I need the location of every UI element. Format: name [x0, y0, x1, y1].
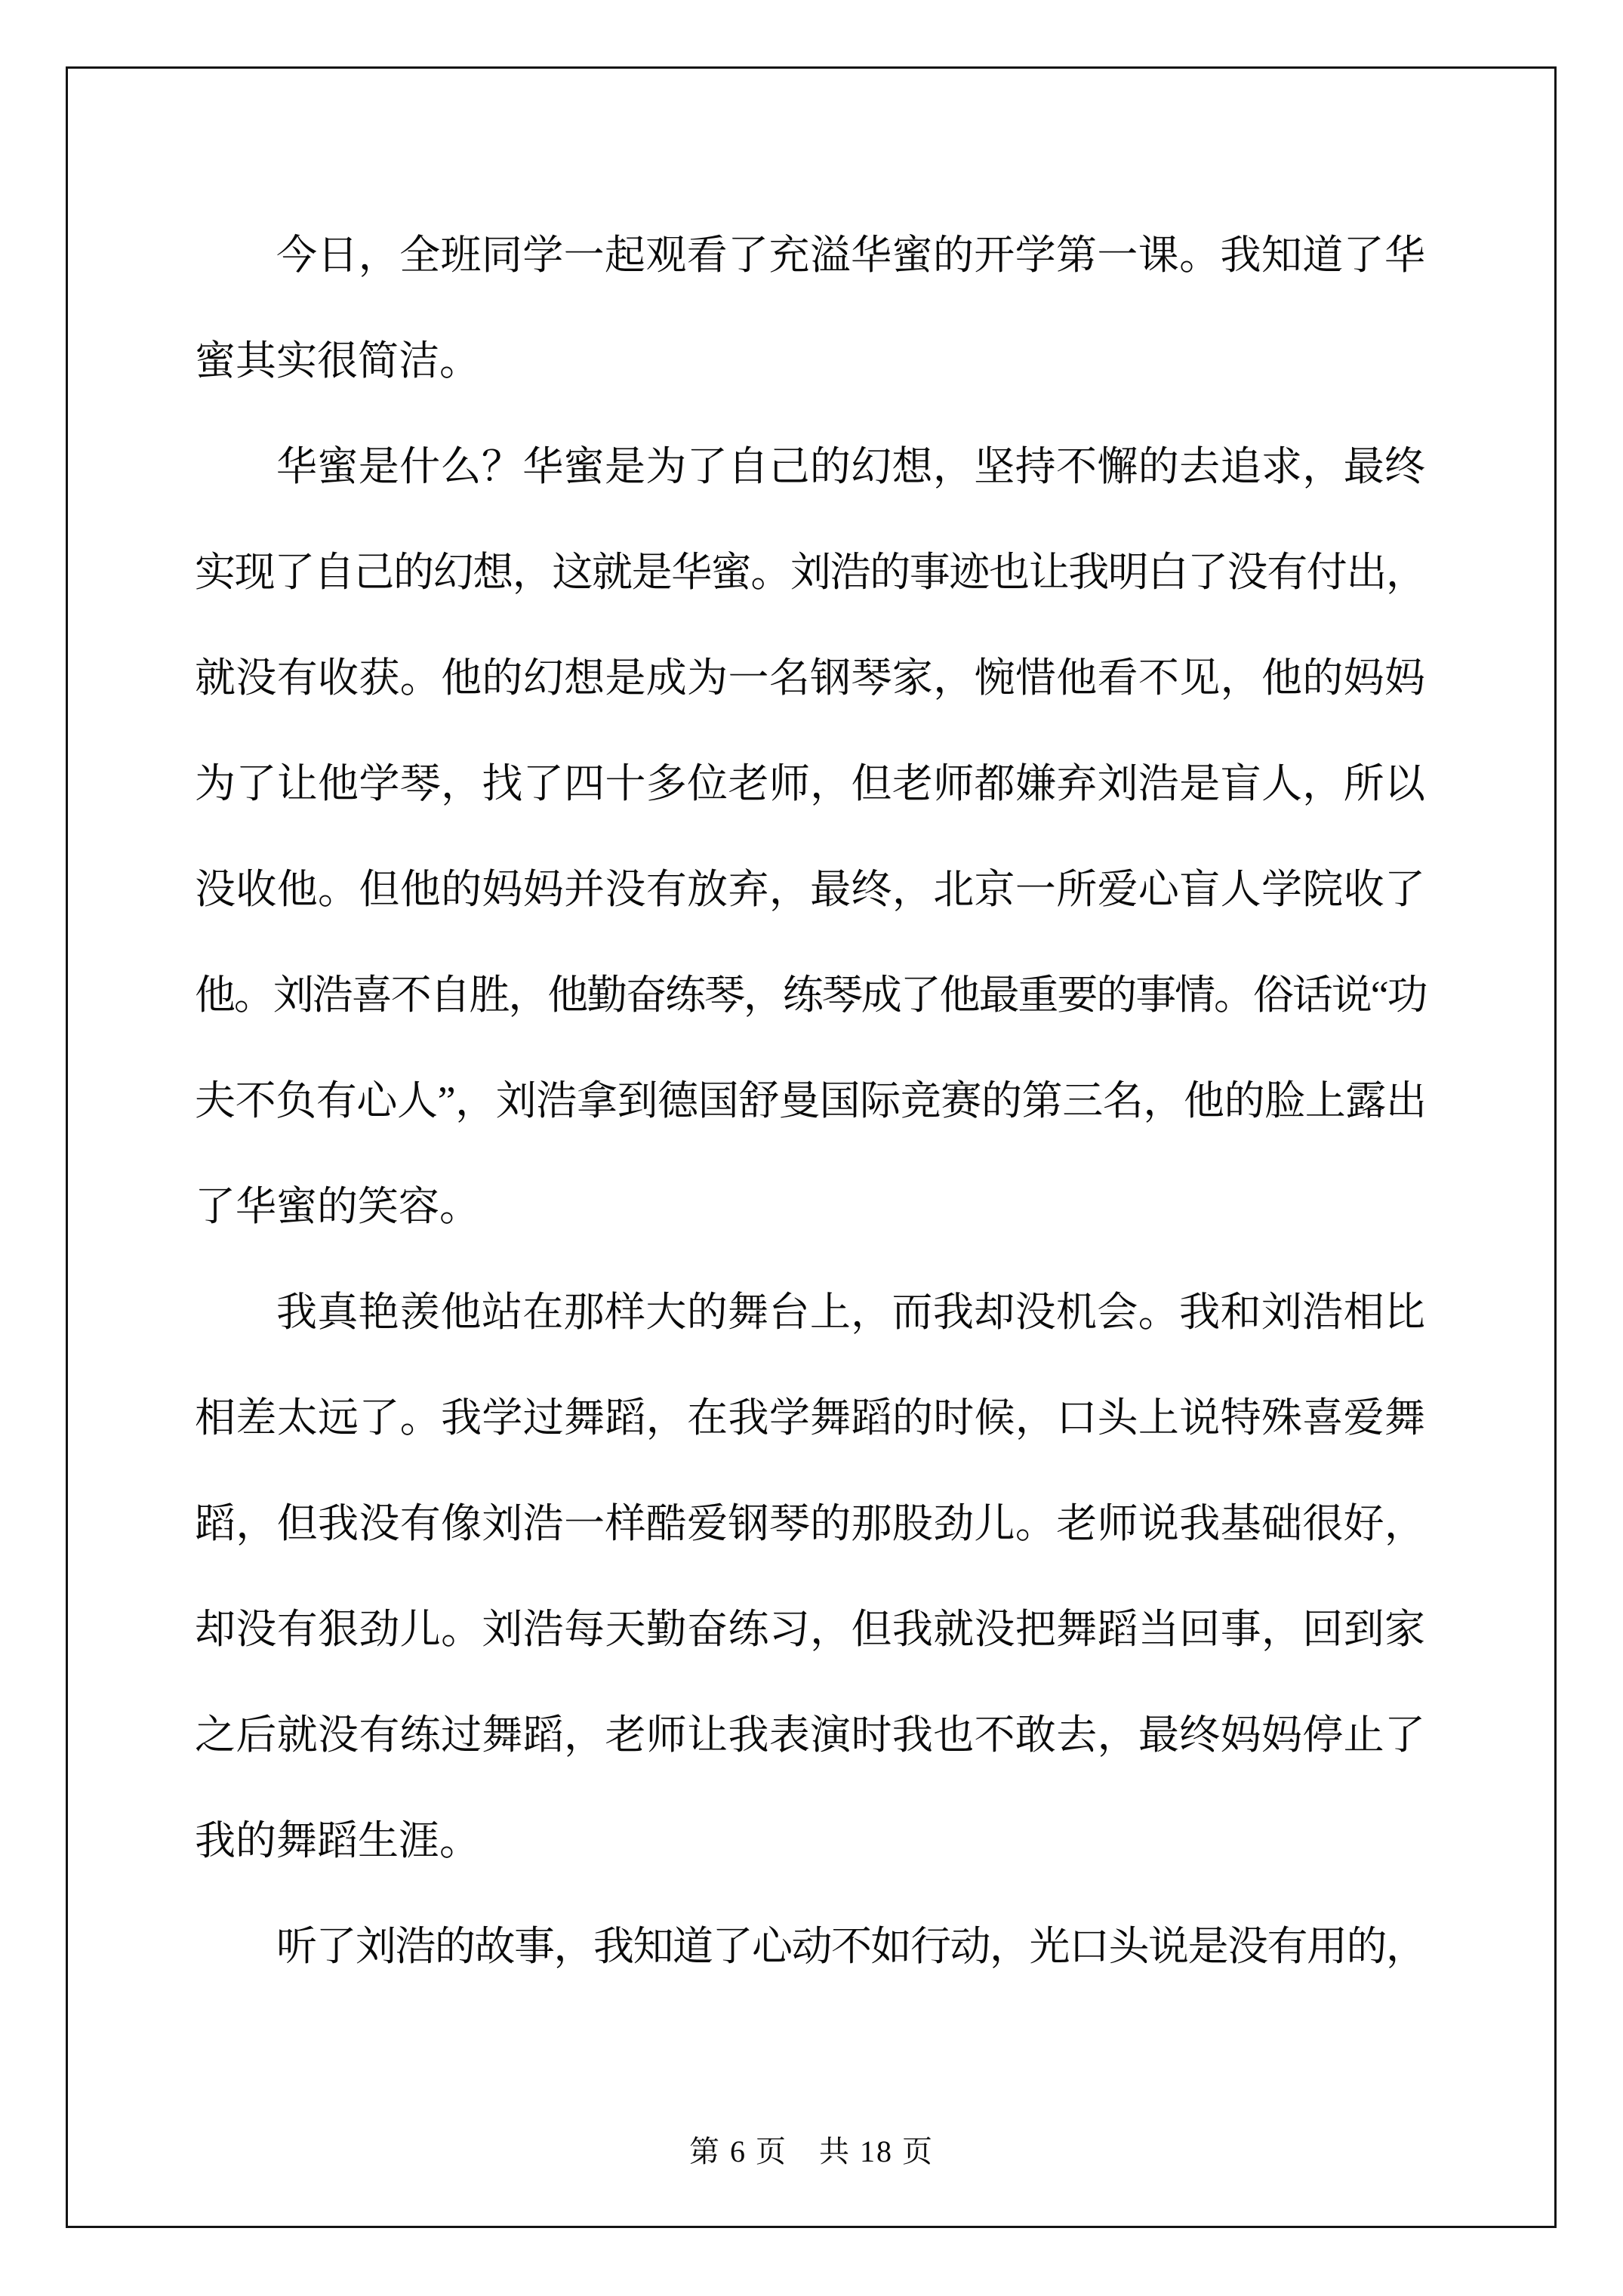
text-line: 华蜜是什么？华蜜是为了自己的幻想，坚持不懈的去追求，最终: [195, 414, 1425, 519]
text-line: 为了让他学琴，找了四十多位老师，但老师都嫌弃刘浩是盲人，所以: [195, 731, 1425, 837]
text-line: 相差太远了。我学过舞蹈，在我学舞蹈的时候，口头上说特殊喜爱舞: [195, 1365, 1425, 1471]
text-line: 之后就没有练过舞蹈，老师让我表演时我也不敢去，最终妈妈停止了: [195, 1682, 1425, 1788]
text-line: 我的舞蹈生涯。: [195, 1788, 1425, 1894]
text-line: 听了刘浩的故事，我知道了心动不如行动，光口头说是没有用的，: [195, 1894, 1425, 1999]
page-number-footer: 第 6 页 共 18 页: [0, 2128, 1623, 2171]
text-line: 今日，全班同学一起观看了充溢华蜜的开学第一课。我知道了华: [195, 202, 1425, 308]
text-line: 我真艳羡他站在那样大的舞台上，而我却没机会。我和刘浩相比: [195, 1259, 1425, 1365]
document-body: 今日，全班同学一起观看了充溢华蜜的开学第一课。我知道了华 蜜其实很简洁。 华蜜是…: [195, 202, 1425, 1999]
text-line: 没收他。但他的妈妈并没有放弃，最终，北京一所爱心盲人学院收了: [195, 837, 1425, 942]
text-line: 就没有收获。他的幻想是成为一名钢琴家，惋惜他看不见，他的妈妈: [195, 625, 1425, 731]
text-line: 了华蜜的笑容。: [195, 1154, 1425, 1259]
text-line: 蜜其实很简洁。: [195, 308, 1425, 414]
text-line: 实现了自己的幻想，这就是华蜜。刘浩的事迹也让我明白了没有付出，: [195, 519, 1425, 625]
text-line: 夫不负有心人”，刘浩拿到德国舒曼国际竞赛的第三名，他的脸上露出: [195, 1048, 1425, 1154]
text-line: 却没有狠劲儿。刘浩每天勤奋练习，但我就没把舞蹈当回事，回到家: [195, 1576, 1425, 1682]
text-line: 他。刘浩喜不自胜，他勤奋练琴，练琴成了他最重要的事情。俗话说“功: [195, 942, 1425, 1048]
text-line: 蹈，但我没有像刘浩一样酷爱钢琴的那股劲儿。老师说我基础很好，: [195, 1471, 1425, 1576]
